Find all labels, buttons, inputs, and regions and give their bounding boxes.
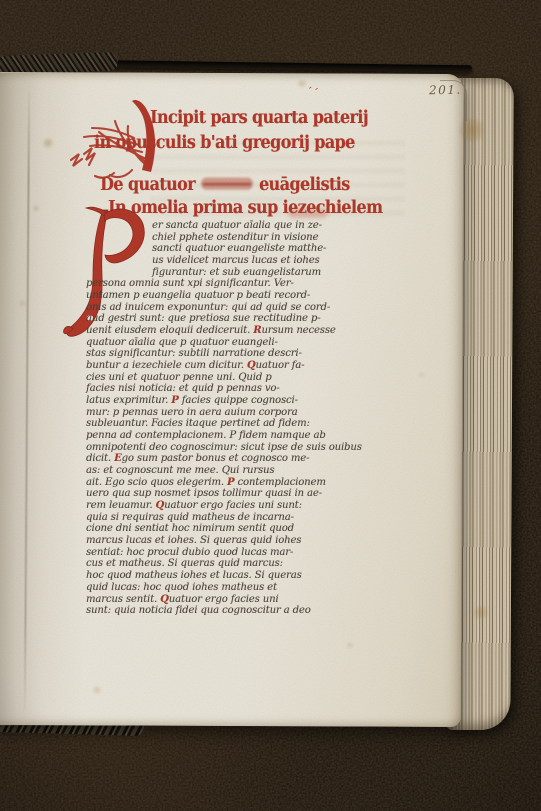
rubric-line-3: De quatuor euāgelistis — [100, 173, 350, 194]
manuscript-line: ait. Ego scio quos elegerim. P contempla… — [86, 477, 398, 489]
manuscript-line: mur: p pennas uero in aera auium corpora — [86, 407, 398, 419]
manuscript-line: penna ad contemplacionem. P fidem namque… — [86, 430, 398, 442]
manuscript-line: latus exprimitur. P facies quippe cognos… — [86, 395, 398, 407]
rubricated-capital: P — [227, 477, 234, 488]
manuscript-line: hoc quod matheus iohes et lucas. Si quer… — [86, 570, 398, 582]
manuscript-line: persona omnia sunt xpi significantur. Ve… — [86, 278, 398, 290]
rubricated-capital: Q — [160, 594, 169, 605]
rubricated-capital: E — [114, 453, 122, 464]
manuscript-line: chiel pphete ostenditur in visione — [86, 232, 398, 244]
manuscript-line: facies nisi noticia: et quid p pennas vo… — [86, 383, 398, 395]
manuscript-line: uero qua sup nosmet ipsos tollimur quasi… — [86, 488, 398, 500]
manuscript-line: cione dni sentiat hoc nimirum sentit quo… — [86, 523, 398, 535]
rubric-line-3-suffix: euāgelistis — [259, 173, 350, 194]
manuscript-line: uenit eiusdem eloquii dediceruit. Rursum… — [86, 325, 398, 337]
manuscript-line: as: et cognoscunt me mee. Qui rursus — [86, 465, 398, 477]
red-tick-marks: ˊˊ — [305, 85, 320, 100]
manuscript-line: subleuantur. Facies itaque pertinet ad f… — [86, 418, 398, 430]
rubricated-capital: Q — [156, 500, 165, 511]
manuscript-line: marcus sentit. Quatuor ergo facies uni — [86, 594, 398, 606]
expunged-word-smudge — [201, 177, 253, 189]
rubricated-capital: Q — [247, 360, 256, 371]
manuscript-line: sentiat: hoc procul dubio quod lucas mar… — [86, 547, 398, 559]
rubric-line-1: Incipit pars quarta paterij — [150, 106, 368, 127]
rubric-line-4: In omelia prima sup iezechielem — [108, 196, 382, 217]
rubricated-capital: P — [171, 395, 178, 406]
manuscript-line: stas significantur: subtili narratione d… — [86, 348, 398, 360]
manuscript-line: rem leuamur. Quatuor ergo facies uni sun… — [86, 500, 398, 512]
rubricated-capital: R — [253, 325, 261, 336]
manuscript-line: omnipotenti deo cognoscimur: sicut ipse … — [86, 442, 398, 454]
manuscript-photo: 201. ˊˊ Incipit pars quarta paterij in o… — [0, 0, 541, 811]
manuscript-line: dicit. Ego sum pastor bonus et cognosco … — [86, 453, 398, 465]
manuscript-line: untamen p euangelia quatuor p beati reco… — [86, 290, 398, 302]
manuscript-line: quia si requiras quid matheus de incarna… — [86, 512, 398, 524]
manuscript-line: sancti quatuor euangeliste matthe- — [86, 243, 398, 255]
rubric-line-3-prefix: De quatuor — [100, 173, 195, 194]
manuscript-line: aud gestri sunt: que pretiosa sue rectit… — [86, 313, 398, 325]
manuscript-line: sunt: quia noticia fidei qua cognoscitur… — [86, 605, 398, 617]
manuscript-line: er sancta quatuor aīalia que in ze- — [86, 220, 398, 232]
manuscript-line: quid lucas: hoc quod iohes matheus et — [86, 582, 398, 594]
manuscript-line: cus et matheus. Si queras quid marcus: — [86, 558, 398, 570]
manuscript-line: quatuor aīalia que p quatuor euangeli- — [86, 337, 398, 349]
manuscript-line: figurantur: et sub euangelistarum — [86, 267, 398, 279]
manuscript-line: cies uni et quatuor penne uni. Quid p — [86, 372, 398, 384]
manuscript-line: buntur a iezechiele cum dicitur. Quatuor… — [86, 360, 398, 372]
body-text: er sancta quatuor aīalia que in ze-chiel… — [86, 220, 398, 617]
manuscript-line: marcus lucas et iohes. Si queras quid io… — [86, 535, 398, 547]
manuscript-line: onis ad inuicem exponuntur: qui ad quid … — [86, 302, 398, 314]
manuscript-line: us videlicet marcus lucas et iohes — [86, 255, 398, 267]
rubric-line-2: in opusculis b'ati gregorij pape — [94, 131, 355, 152]
folio-number: 201. — [429, 83, 462, 98]
